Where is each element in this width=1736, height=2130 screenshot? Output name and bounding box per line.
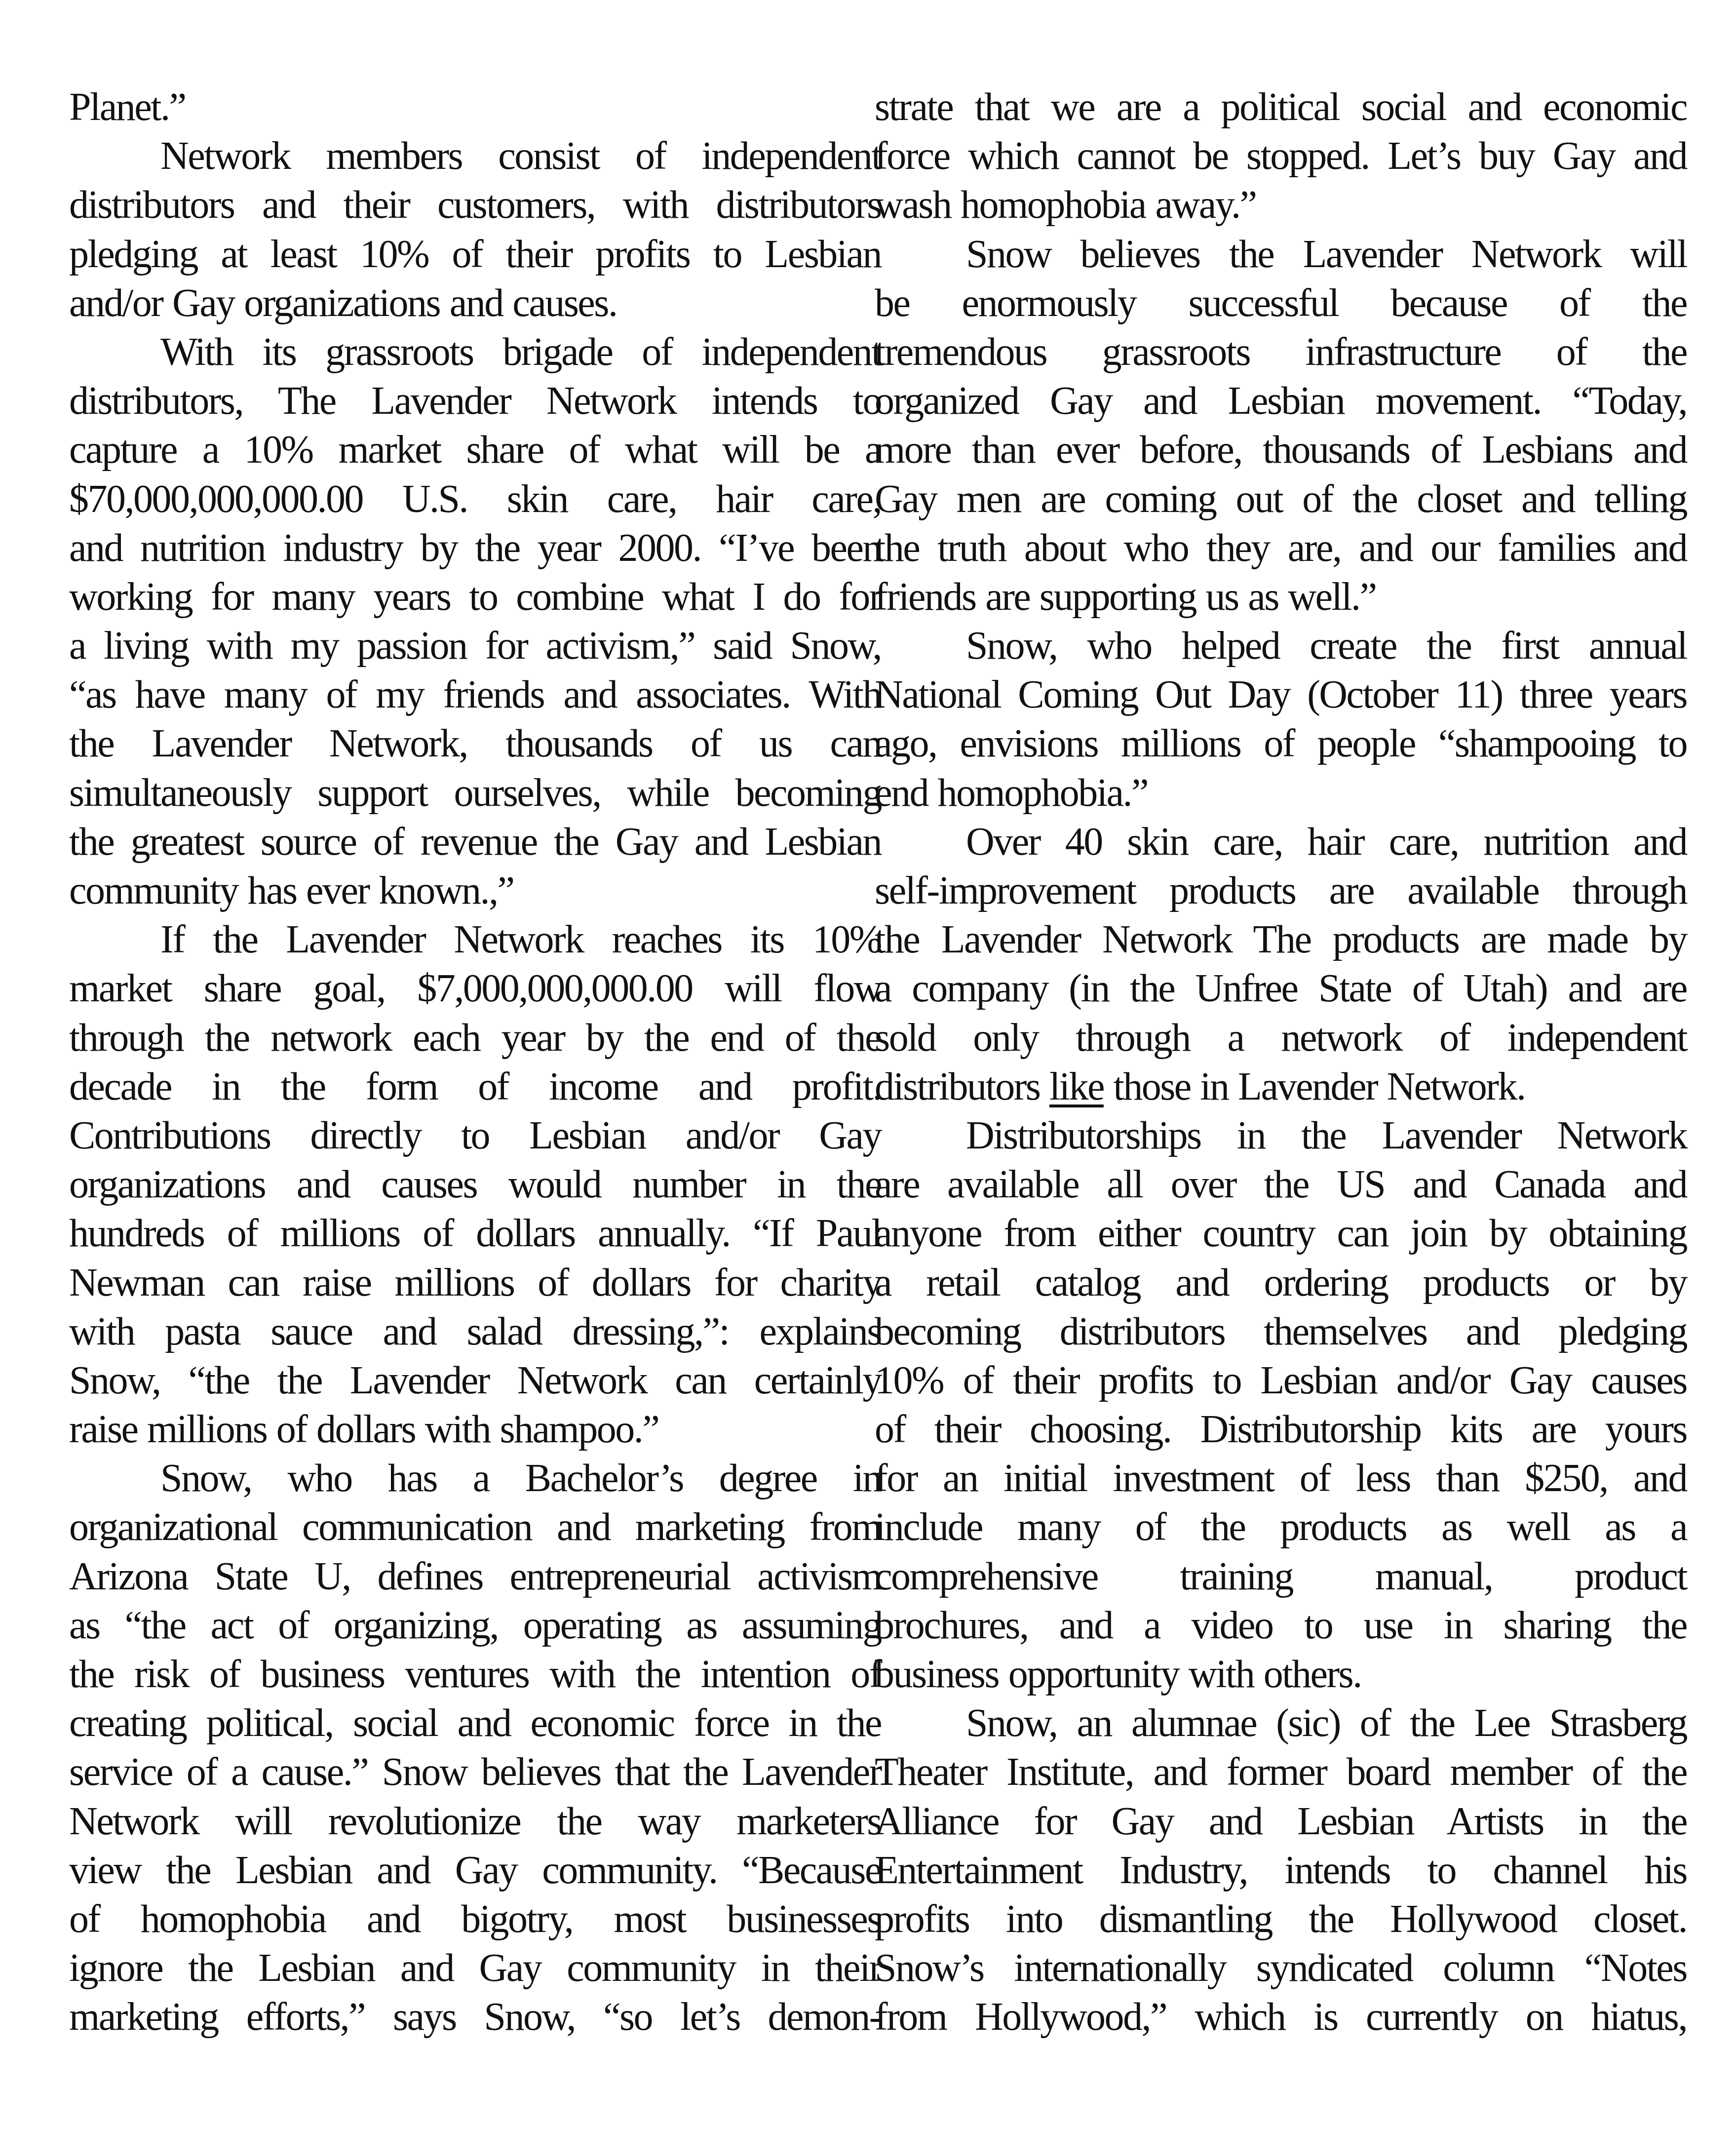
text-line: view the Lesbian and Gay community. “Bec… [69, 1846, 881, 1895]
text-line: Gay men are coming out of the closet and… [875, 475, 1687, 524]
text-line: a company (in the Unfree State of Utah) … [875, 964, 1687, 1013]
text-line: the risk of business ventures with the i… [69, 1650, 881, 1699]
text-line: service of a cause.” Snow believes that … [69, 1748, 881, 1797]
text-line: the Lavender Network The products are ma… [875, 915, 1687, 964]
text-line: simultaneously support ourselves, while … [69, 769, 881, 818]
text-line: If the Lavender Network reaches its 10% [69, 915, 881, 964]
text-line: comprehensive training manual, product [875, 1552, 1687, 1601]
text-line: working for many years to combine what I… [69, 573, 881, 622]
text-line: Snow, who has a Bachelor’s degree in [69, 1454, 881, 1503]
text-line: pledging at least 10% of their profits t… [69, 230, 881, 279]
text-line: of their choosing. Distributorship kits … [875, 1405, 1687, 1454]
text-line: capture a 10% market share of what will … [69, 426, 881, 474]
text-line: force which cannot be stopped. Let’s buy… [875, 132, 1687, 181]
text-line: self-improvement products are available … [875, 867, 1687, 915]
text-line: Snow, an alumnae (sic) of the Lee Strasb… [875, 1699, 1687, 1748]
text-line: creating political, social and economic … [69, 1699, 881, 1748]
text-line: and nutrition industry by the year 2000.… [69, 524, 881, 573]
text-line: becoming distributors themselves and ple… [875, 1307, 1687, 1356]
text-line: raise millions of dollars with shampoo.” [69, 1405, 881, 1454]
text-line: Entertainment Industry, intends to chann… [875, 1846, 1687, 1895]
text-line: a living with my passion for activism,” … [69, 622, 881, 671]
text-line: anyone from either country can join by o… [875, 1209, 1687, 1258]
text-line: as “the act of organizing, operating as … [69, 1601, 881, 1650]
text-line: brochures, and a video to use in sharing… [875, 1601, 1687, 1650]
text-line: tremendous grassroots infrastructure of … [875, 328, 1687, 377]
text-line: the greatest source of revenue the Gay a… [69, 818, 881, 867]
left-column: Planet.”Network members consist of indep… [69, 83, 881, 2042]
text-line: of homophobia and bigotry, most business… [69, 1895, 881, 1944]
text-line: organizations and causes would number in… [69, 1160, 881, 1209]
text-line: the Lavender Network, thousands of us ca… [69, 719, 881, 768]
text-line: through the network each year by the end… [69, 1014, 881, 1063]
text-line: end homophobia.” [875, 769, 1687, 818]
text-line: with pasta sauce and salad dressing,”: e… [69, 1307, 881, 1356]
text-line: distributors and their customers, with d… [69, 181, 881, 230]
text-line: friends are supporting us as well.” [875, 573, 1687, 622]
right-column: strate that we are a political social an… [875, 83, 1687, 2042]
text-line: With its grassroots brigade of independe… [69, 328, 881, 377]
text-line: Snow believes the Lavender Network will [875, 230, 1687, 279]
text-line: distributors, The Lavender Network inten… [69, 377, 881, 426]
text-line: Distributorships in the Lavender Network [875, 1111, 1687, 1160]
text-line: organized Gay and Lesbian movement. “Tod… [875, 377, 1687, 426]
text-line: more than ever before, thousands of Lesb… [875, 426, 1687, 474]
text-line: Network will revolutionize the way marke… [69, 1797, 881, 1846]
text-line: Network members consist of independent [69, 132, 881, 181]
text-line: strate that we are a political social an… [875, 83, 1687, 132]
text-line: for an initial investment of less than $… [875, 1454, 1687, 1503]
text-line: from Hollywood,” which is currently on h… [875, 1993, 1687, 2042]
text-line: and/or Gay organizations and causes. [69, 279, 881, 328]
text-line: be enormously successful because of the [875, 279, 1687, 328]
underlined-word: like [1049, 1065, 1104, 1108]
text-line: hundreds of millions of dollars annually… [69, 1209, 881, 1258]
document-page: Planet.”Network members consist of indep… [0, 0, 1736, 2130]
text-line: organizational communication and marketi… [69, 1503, 881, 1552]
text-line: Snow, “the the Lavender Network can cert… [69, 1356, 881, 1405]
text-line: Planet.” [69, 83, 881, 132]
text-line: $70,000,000,000.00 U.S. skin care, hair … [69, 475, 881, 524]
text-line: community has ever known.,” [69, 867, 881, 915]
text-line: Snow, who helped create the first annual [875, 622, 1687, 671]
text-line: Over 40 skin care, hair care, nutrition … [875, 818, 1687, 867]
text-line: “as have many of my friends and associat… [69, 671, 881, 719]
text-line: Alliance for Gay and Lesbian Artists in … [875, 1797, 1687, 1846]
text-line: profits into dismantling the Hollywood c… [875, 1895, 1687, 1944]
text-line: are available all over the US and Canada… [875, 1160, 1687, 1209]
text-line: include many of the products as well as … [875, 1503, 1687, 1552]
text-line: ignore the Lesbian and Gay community in … [69, 1944, 881, 1993]
text-line: Theater Institute, and former board memb… [875, 1748, 1687, 1797]
text-line: the truth about who they are, and our fa… [875, 524, 1687, 573]
text-line: sold only through a network of independe… [875, 1014, 1687, 1063]
text-line: distributors like those in Lavender Netw… [875, 1063, 1687, 1111]
text-line: business opportunity with others. [875, 1650, 1687, 1699]
text-line: decade in the form of income and profit. [69, 1063, 881, 1111]
text-line: 10% of their profits to Lesbian and/or G… [875, 1356, 1687, 1405]
text-line: ago, envisions millions of people “shamp… [875, 719, 1687, 768]
text-line: Arizona State U, defines entrepreneurial… [69, 1552, 881, 1601]
text-line: wash homophobia away.” [875, 181, 1687, 230]
text-line: marketing efforts,” says Snow, “so let’s… [69, 1993, 881, 2042]
text-line: Snow’s internationally syndicated column… [875, 1944, 1687, 1993]
text-line: National Coming Out Day (October 11) thr… [875, 671, 1687, 719]
text-line: a retail catalog and ordering products o… [875, 1259, 1687, 1307]
text-segment: those in Lavender Network. [1104, 1065, 1525, 1108]
text-line: market share goal, $7,000,000,000.00 wil… [69, 964, 881, 1013]
text-line: Newman can raise millions of dollars for… [69, 1259, 881, 1307]
text-line: Contributions directly to Lesbian and/or… [69, 1111, 881, 1160]
text-segment: distributors [875, 1065, 1049, 1108]
